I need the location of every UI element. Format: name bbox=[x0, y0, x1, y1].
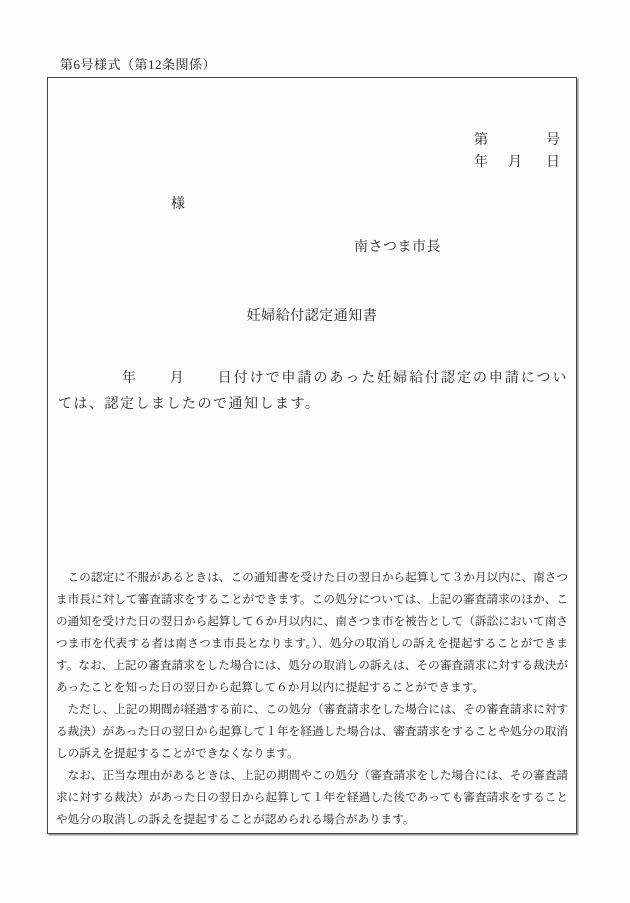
form-number-label: 第6号様式（第12条関係） bbox=[60, 54, 216, 73]
document-number-line: 第号 bbox=[474, 129, 560, 149]
notes-paragraph-2: ただし、上記の期間が経過する前に、この処分（審査請求をした場合には、その審査請求… bbox=[56, 699, 568, 765]
doc-number-prefix: 第 bbox=[474, 133, 488, 148]
date-year-label: 年 bbox=[474, 155, 488, 170]
date-day-label: 日 bbox=[546, 155, 560, 170]
recipient-honorific: 様 bbox=[171, 193, 185, 213]
document-page: 第6号様式（第12条関係） 第号 年月日 様 南さつま市長 妊婦給付認定通知書 … bbox=[0, 0, 630, 903]
appeal-notes-block: この認定に不服があるときは、この通知書を受けた日の翌日から起算して３か月以内に、… bbox=[48, 567, 576, 831]
form-border-box: 第号 年月日 様 南さつま市長 妊婦給付認定通知書 年 月 日付けで申請のあった… bbox=[47, 77, 577, 834]
notes-paragraph-3: なお、正当な理由があるときは、上記の期間やこの処分（審査請求をした場合には、その… bbox=[56, 765, 568, 831]
doc-number-suffix: 号 bbox=[546, 133, 560, 148]
sender-name: 南さつま市長 bbox=[354, 236, 441, 256]
body-paragraph: 年 月 日付けで申請のあった妊婦給付認定の申請については、認定しましたので通知し… bbox=[48, 366, 576, 418]
notes-paragraph-1: この認定に不服があるときは、この通知書を受けた日の翌日から起算して３か月以内に、… bbox=[56, 567, 568, 699]
date-line: 年月日 bbox=[474, 151, 560, 171]
document-title: 妊婦給付認定通知書 bbox=[48, 305, 576, 325]
date-month-label: 月 bbox=[508, 155, 522, 170]
